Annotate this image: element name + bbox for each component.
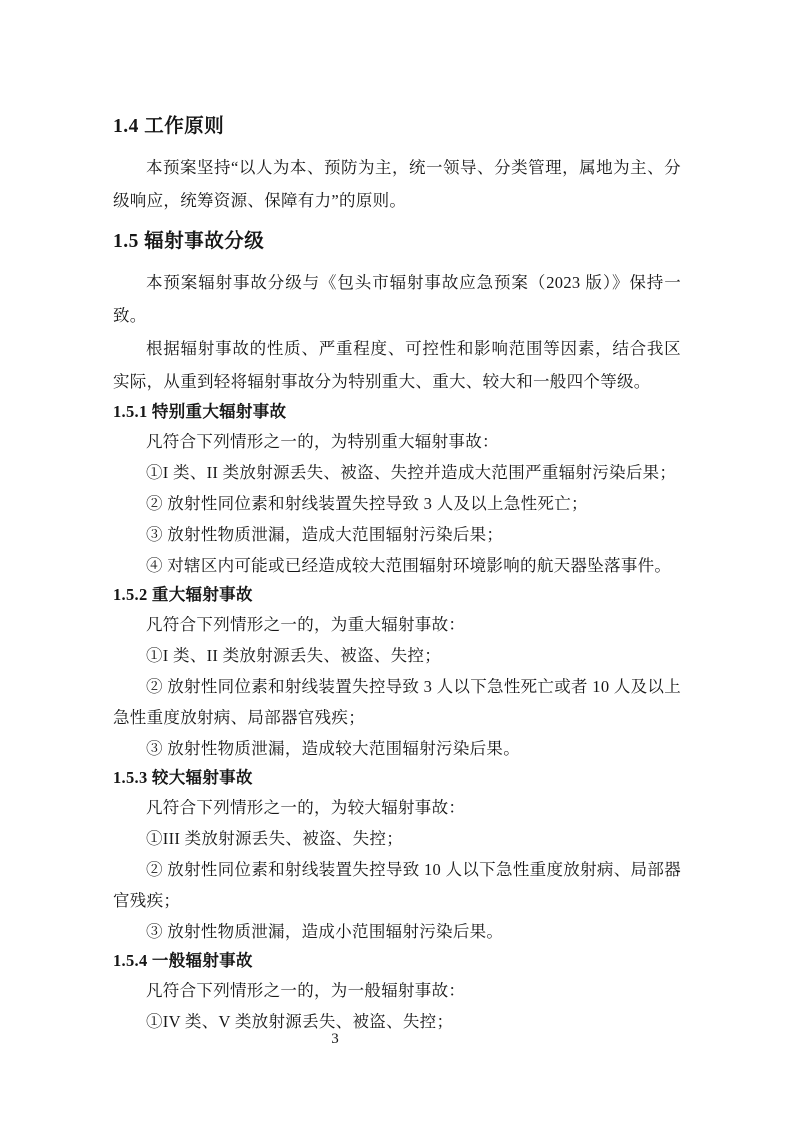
paragraph-lead: 凡符合下列情形之一的，为一般辐射事故：	[113, 975, 681, 1006]
section-heading-1-4: 1.4 工作原则	[113, 112, 681, 142]
document-page: 1.4 工作原则 本预案坚持“以人为本、预防为主，统一领导、分类管理，属地为主、…	[0, 0, 793, 1122]
section-heading-1-5: 1.5 辐射事故分级	[113, 227, 681, 257]
paragraph-lead: 凡符合下列情形之一的，为较大辐射事故：	[113, 792, 681, 823]
list-item-2: ② 放射性同位素和射线装置失控导致 3 人以下急性死亡或者 10 人及以上急性重…	[113, 671, 681, 733]
list-item-1: ①IV 类、V 类放射源丢失、被盗、失控；	[113, 1006, 681, 1037]
list-item-3: ③ 放射性物质泄漏，造成较大范围辐射污染后果。	[113, 733, 681, 764]
paragraph-lead: 凡符合下列情形之一的，为重大辐射事故：	[113, 609, 681, 640]
list-item-4: ④ 对辖区内可能或已经造成较大范围辐射环境影响的航天器坠落事件。	[113, 550, 681, 581]
section-heading-1-5-2: 1.5.2 重大辐射事故	[113, 581, 681, 609]
list-item-1: ①I 类、II 类放射源丢失、被盗、失控并造成大范围严重辐射污染后果；	[113, 457, 681, 488]
section-1-5-3: 1.5.3 较大辐射事故 凡符合下列情形之一的，为较大辐射事故： ①III 类放…	[113, 764, 681, 947]
paragraph-principles: 本预案坚持“以人为本、预防为主，统一领导、分类管理，属地为主、分级响应，统筹资源…	[113, 151, 681, 217]
section-heading-1-5-3: 1.5.3 较大辐射事故	[113, 764, 681, 792]
document-content: 1.4 工作原则 本预案坚持“以人为本、预防为主，统一领导、分类管理，属地为主、…	[0, 0, 793, 1037]
section-heading-1-5-4: 1.5.4 一般辐射事故	[113, 947, 681, 975]
section-1-4: 1.4 工作原则 本预案坚持“以人为本、预防为主，统一领导、分类管理，属地为主、…	[113, 112, 681, 217]
paragraph-lead: 凡符合下列情形之一的，为特别重大辐射事故：	[113, 426, 681, 457]
paragraph-grading-alignment: 本预案辐射事故分级与《包头市辐射事故应急预案（2023 版）》保持一致。	[113, 266, 681, 332]
list-item-2: ② 放射性同位素和射线装置失控导致 3 人及以上急性死亡；	[113, 488, 681, 519]
section-1-5-4: 1.5.4 一般辐射事故 凡符合下列情形之一的，为一般辐射事故： ①IV 类、V…	[113, 947, 681, 1037]
page-number: 3	[322, 1029, 348, 1049]
list-item-1: ①III 类放射源丢失、被盗、失控；	[113, 823, 681, 854]
section-1-5: 1.5 辐射事故分级 本预案辐射事故分级与《包头市辐射事故应急预案（2023 版…	[113, 227, 681, 398]
list-item-3: ③ 放射性物质泄漏，造成大范围辐射污染后果；	[113, 519, 681, 550]
section-heading-1-5-1: 1.5.1 特别重大辐射事故	[113, 398, 681, 426]
list-item-1: ①I 类、II 类放射源丢失、被盗、失控；	[113, 640, 681, 671]
section-1-5-1: 1.5.1 特别重大辐射事故 凡符合下列情形之一的，为特别重大辐射事故： ①I …	[113, 398, 681, 581]
section-1-5-2: 1.5.2 重大辐射事故 凡符合下列情形之一的，为重大辐射事故： ①I 类、II…	[113, 581, 681, 764]
list-item-3: ③ 放射性物质泄漏，造成小范围辐射污染后果。	[113, 916, 681, 947]
list-item-2: ② 放射性同位素和射线装置失控导致 10 人以下急性重度放射病、局部器官残疾；	[113, 854, 681, 916]
paragraph-grading-basis: 根据辐射事故的性质、严重程度、可控性和影响范围等因素，结合我区实际，从重到轻将辐…	[113, 332, 681, 398]
